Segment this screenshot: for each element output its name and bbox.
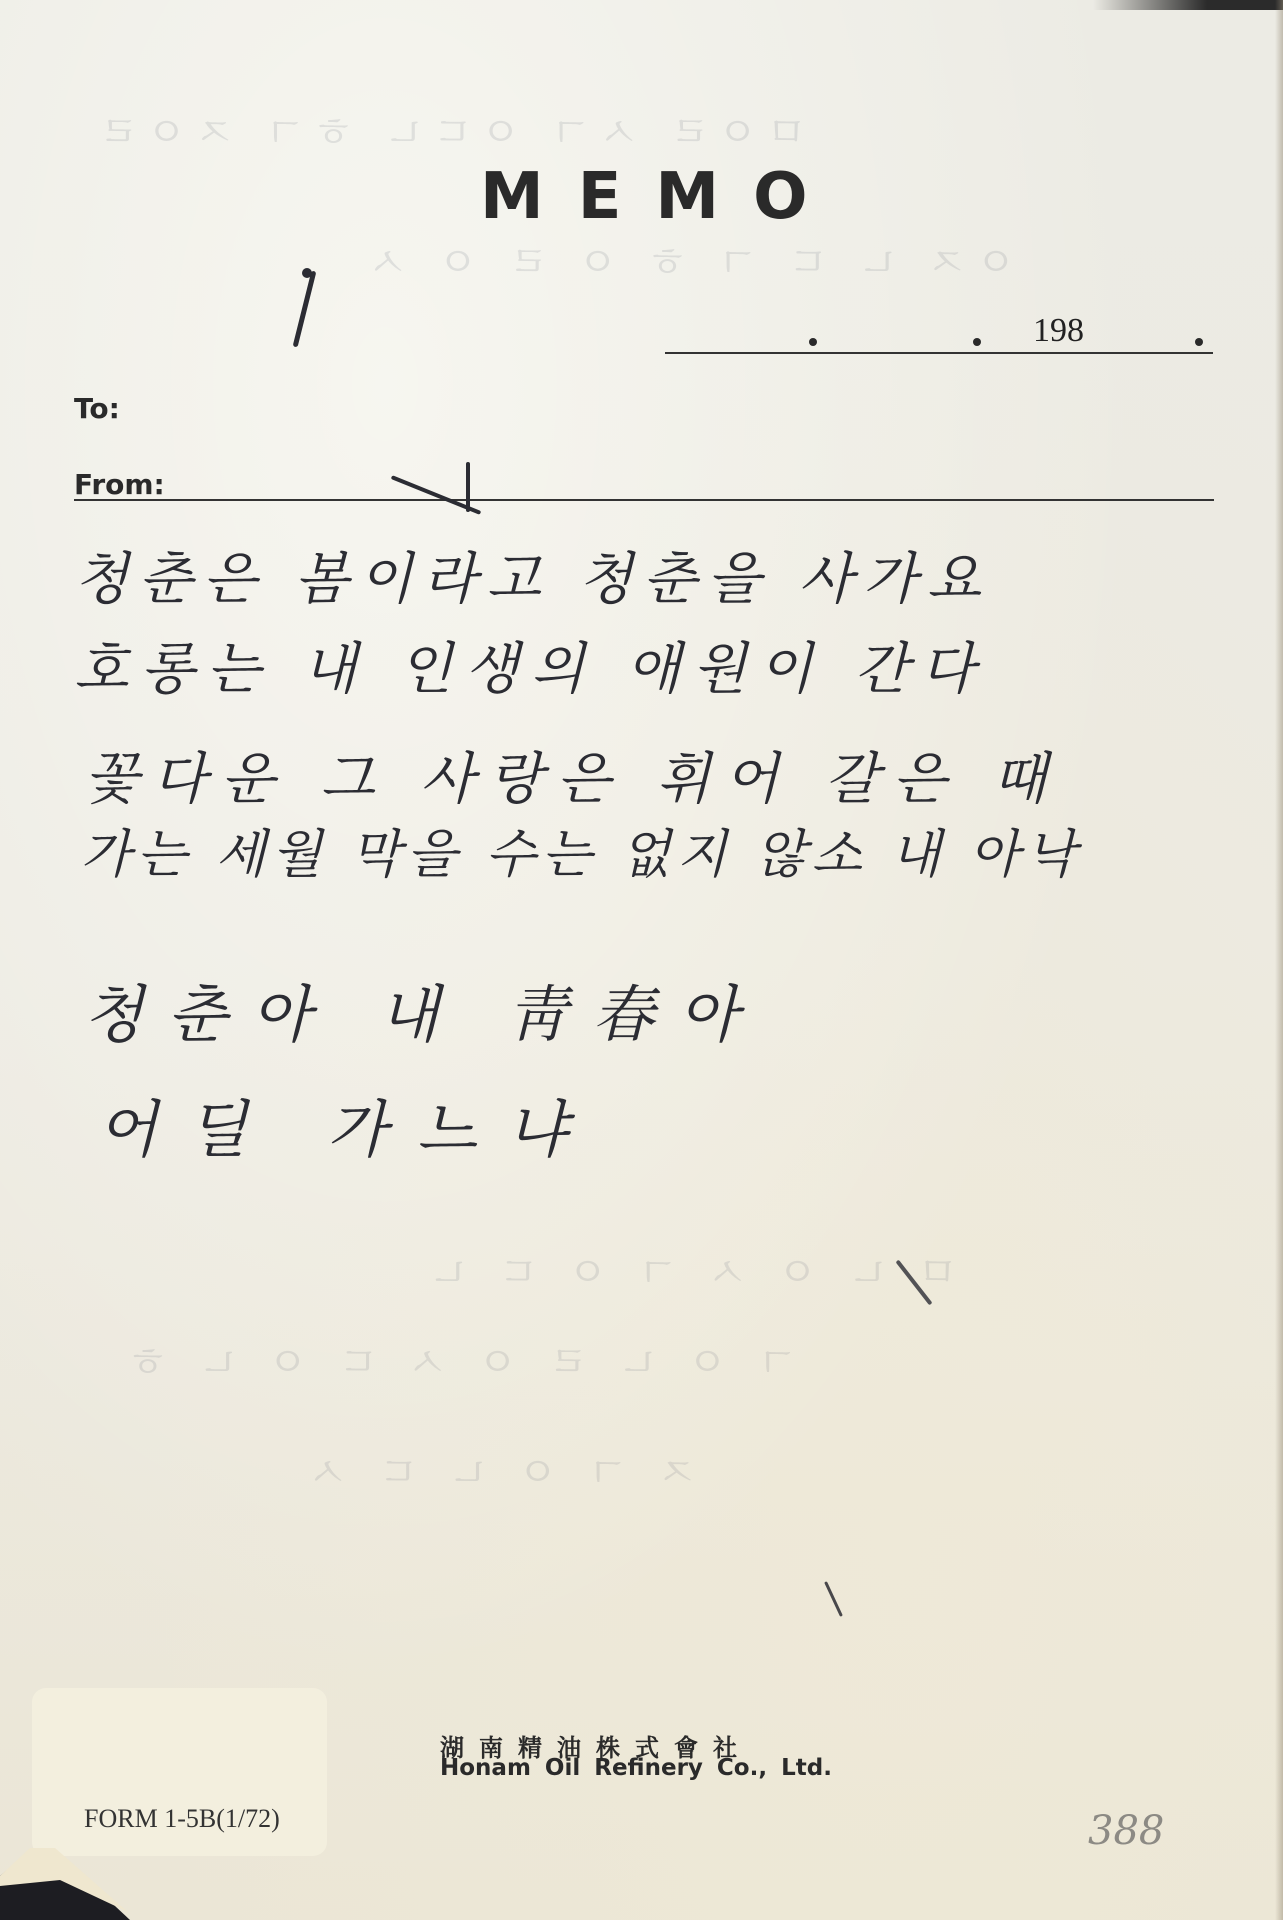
form-code: FORM 1-5B(1/72) — [84, 1804, 280, 1834]
date-year-prefix: 198 — [1033, 312, 1084, 350]
date-separator — [809, 338, 817, 346]
folded-corner — [0, 1840, 130, 1920]
memo-paper — [0, 0, 1283, 1920]
memo-title: MEMO — [480, 160, 810, 234]
page-number: 388 — [1088, 1808, 1164, 1854]
handwritten-line: 어딜 가느냐 — [93, 1080, 614, 1169]
check-mark-stroke — [466, 462, 470, 512]
to-label: To: — [74, 392, 120, 425]
handwritten-line: 가는 세월 막을 수는 없지 않소 내 아낙 — [77, 812, 1097, 887]
handwritten-line: 청춘아 내 靑春아 — [79, 965, 780, 1054]
date-field[interactable]: 198 — [665, 300, 1213, 354]
company-name-english: Honam Oil Refinery Co., Ltd. — [440, 1755, 832, 1781]
handwritten-line: 청춘은 봄이라고 청춘을 사가요 — [70, 535, 1007, 615]
pen-dot — [302, 268, 312, 278]
from-underline — [74, 499, 1214, 501]
date-separator — [973, 338, 981, 346]
handwritten-line: 꽃다운 그 사랑은 휘어 갈은 때 — [80, 735, 1076, 815]
scan-edge-shadow — [1093, 0, 1283, 10]
paper-right-edge — [1275, 0, 1283, 1920]
handwritten-line: 호롱는 내 인생의 애원이 간다 — [70, 625, 1002, 705]
date-separator — [1195, 338, 1203, 346]
from-label: From: — [74, 468, 165, 501]
